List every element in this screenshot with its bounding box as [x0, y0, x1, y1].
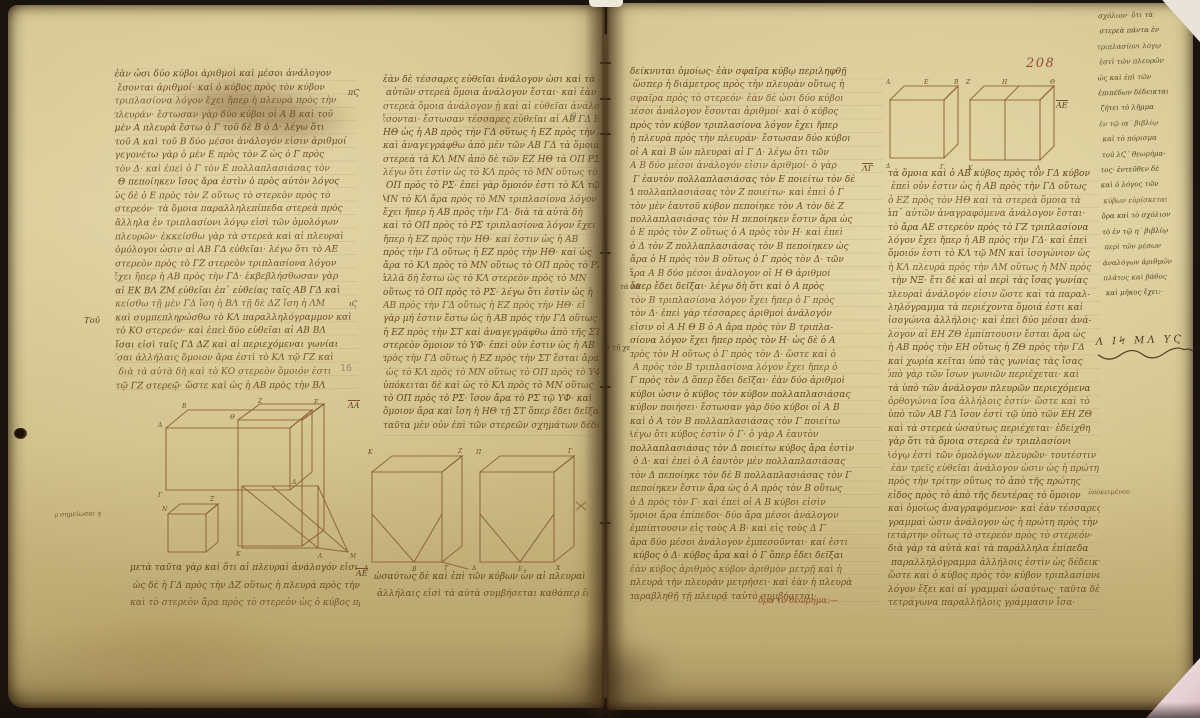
diagram-parallelepipeds: Β Ζ Ε Α Θ Δ Γ Κ Λ Μ Ν Ξ — [152, 398, 374, 566]
vertex-label: Γ — [157, 492, 163, 499]
vertex-label: Ν — [161, 506, 168, 513]
vertex-label: Ε — [923, 79, 929, 86]
colophon-red-ink: ὅρα τὸ θεώρημα:— — [758, 596, 838, 606]
diagram-cubes: Α Ε Β Δ Γ Ζ Η Θ Κ Λ — [886, 76, 1064, 172]
vertex-label: Β — [953, 79, 959, 86]
left-column-2-bottom-text: ὡσαύτως δὲ καὶ ἐπὶ τῶν κύβων ὧν αἱ πλευρ… — [374, 569, 588, 605]
right-column-2-text: τὰ ὅμοια καὶ ὁ ΑΒ κύβος πρὸς τὸν ΓΔ κύβο… — [888, 168, 1100, 617]
vertex-label: Κ — [235, 551, 241, 558]
vertex-label: Κ — [367, 449, 373, 456]
vertex-label: Ε — [517, 566, 523, 572]
flourish-underline — [1096, 345, 1196, 364]
right-margin-scholia: σχόλιον· ὅτι τὰστερεὰ πάντα ἐντριπλασίον… — [1096, 7, 1200, 310]
binding-stitch — [600, 522, 611, 524]
vertex-label: Α — [886, 79, 891, 86]
binding-stitch — [600, 252, 611, 254]
vertex-label: Ζ — [965, 79, 971, 86]
diagram-label-lg: ΛΓ — [862, 163, 873, 173]
parchment-hole — [14, 428, 27, 439]
vertex-label: Ε — [313, 399, 319, 406]
margin-faint-note: ὑποκειμένου — [1088, 488, 1130, 497]
vertex-label: Ζ — [457, 448, 463, 455]
left-column-1-text: ἐὰν ὦσι δύο κύβοι ἀριθμοὶ καὶ μέσοι ἀνάλ… — [114, 68, 357, 401]
backdrop-top-notch — [589, 0, 623, 7]
left-column-2-text: ἐὰν δὲ τέσσαρες εὐθεῖαι ἀνάλογον ὦσι καὶ… — [383, 74, 599, 440]
vertex-label: Λ — [317, 553, 323, 560]
vertex-label: Π — [475, 449, 482, 456]
diagram-label-la: ΛΑ — [348, 400, 360, 410]
vertex-label: Α — [157, 422, 163, 429]
vertex-label: Θ — [230, 414, 235, 421]
vertex-label: Δ — [471, 565, 476, 572]
bottom-shadow — [0, 702, 1200, 718]
diagram-prisms: Κ Ζ Α Β Τ Π Γ Δ Ε Χ — [362, 442, 598, 572]
binding-stitch — [600, 133, 611, 135]
diagram-label-ae-right: ΑΕ — [1056, 100, 1068, 110]
binding-stitch — [600, 386, 611, 388]
vertex-label: Κ — [967, 165, 973, 172]
margin-mark-is: ιϚ — [349, 300, 357, 308]
pencil-foliation-16: 16 — [340, 363, 352, 374]
right-column-1-text: δείκνυται ὁμοίως· ἐὰν σφαῖρα κύβῳ περιλη… — [630, 66, 883, 607]
vertex-label: Ξ — [209, 496, 215, 503]
diagram-label-ae: ΑΕ — [356, 568, 368, 578]
vertex-label: Τ — [444, 565, 449, 572]
margin-flourish: Λ ΙϞ ΜΛ ΥϚ — [1095, 326, 1200, 368]
foxing-stain — [36, 601, 306, 717]
page-number: 208 — [1026, 56, 1055, 71]
vertex-label: Γ — [567, 448, 573, 455]
proposition-mark: τὰ λᾶ — [620, 283, 640, 291]
margin-note-semeiosai: ϙ σημείωσαι ϗ — [54, 509, 102, 519]
vertex-label: Γ — [939, 164, 945, 171]
manuscript-photograph: ἐὰν ὦσι δύο κύβοι ἀριθμοὶ καὶ μέσοι ἀνάλ… — [0, 0, 1200, 718]
vertex-label: Θ — [1050, 79, 1055, 86]
vertex-label: Β — [181, 403, 187, 410]
vertex-label: Χ — [555, 565, 561, 572]
vertex-label: Λ — [1035, 165, 1041, 172]
vertex-label: Β — [411, 566, 417, 572]
binding-stitch — [600, 62, 611, 64]
left-column-1-bottom-text: μετὰ ταῦτα γὰρ καὶ ὅτι αἱ πλευραὶ ἀνάλογ… — [130, 560, 360, 614]
vertex-label: Ζ — [257, 398, 263, 405]
vertex-label: Δ — [291, 479, 296, 486]
vertex-label: Μ — [349, 553, 357, 560]
binding-stitch — [600, 98, 611, 100]
quire-mark-9: 9 — [570, 111, 577, 123]
margin-note-tou: Τοῦ — [84, 316, 100, 326]
proposition-mark: ※ τῆ χε — [604, 344, 630, 352]
vertex-label: Δ — [886, 163, 890, 170]
margin-mark-ps: πϚ — [348, 88, 359, 97]
vertex-label: Η — [1001, 79, 1008, 86]
